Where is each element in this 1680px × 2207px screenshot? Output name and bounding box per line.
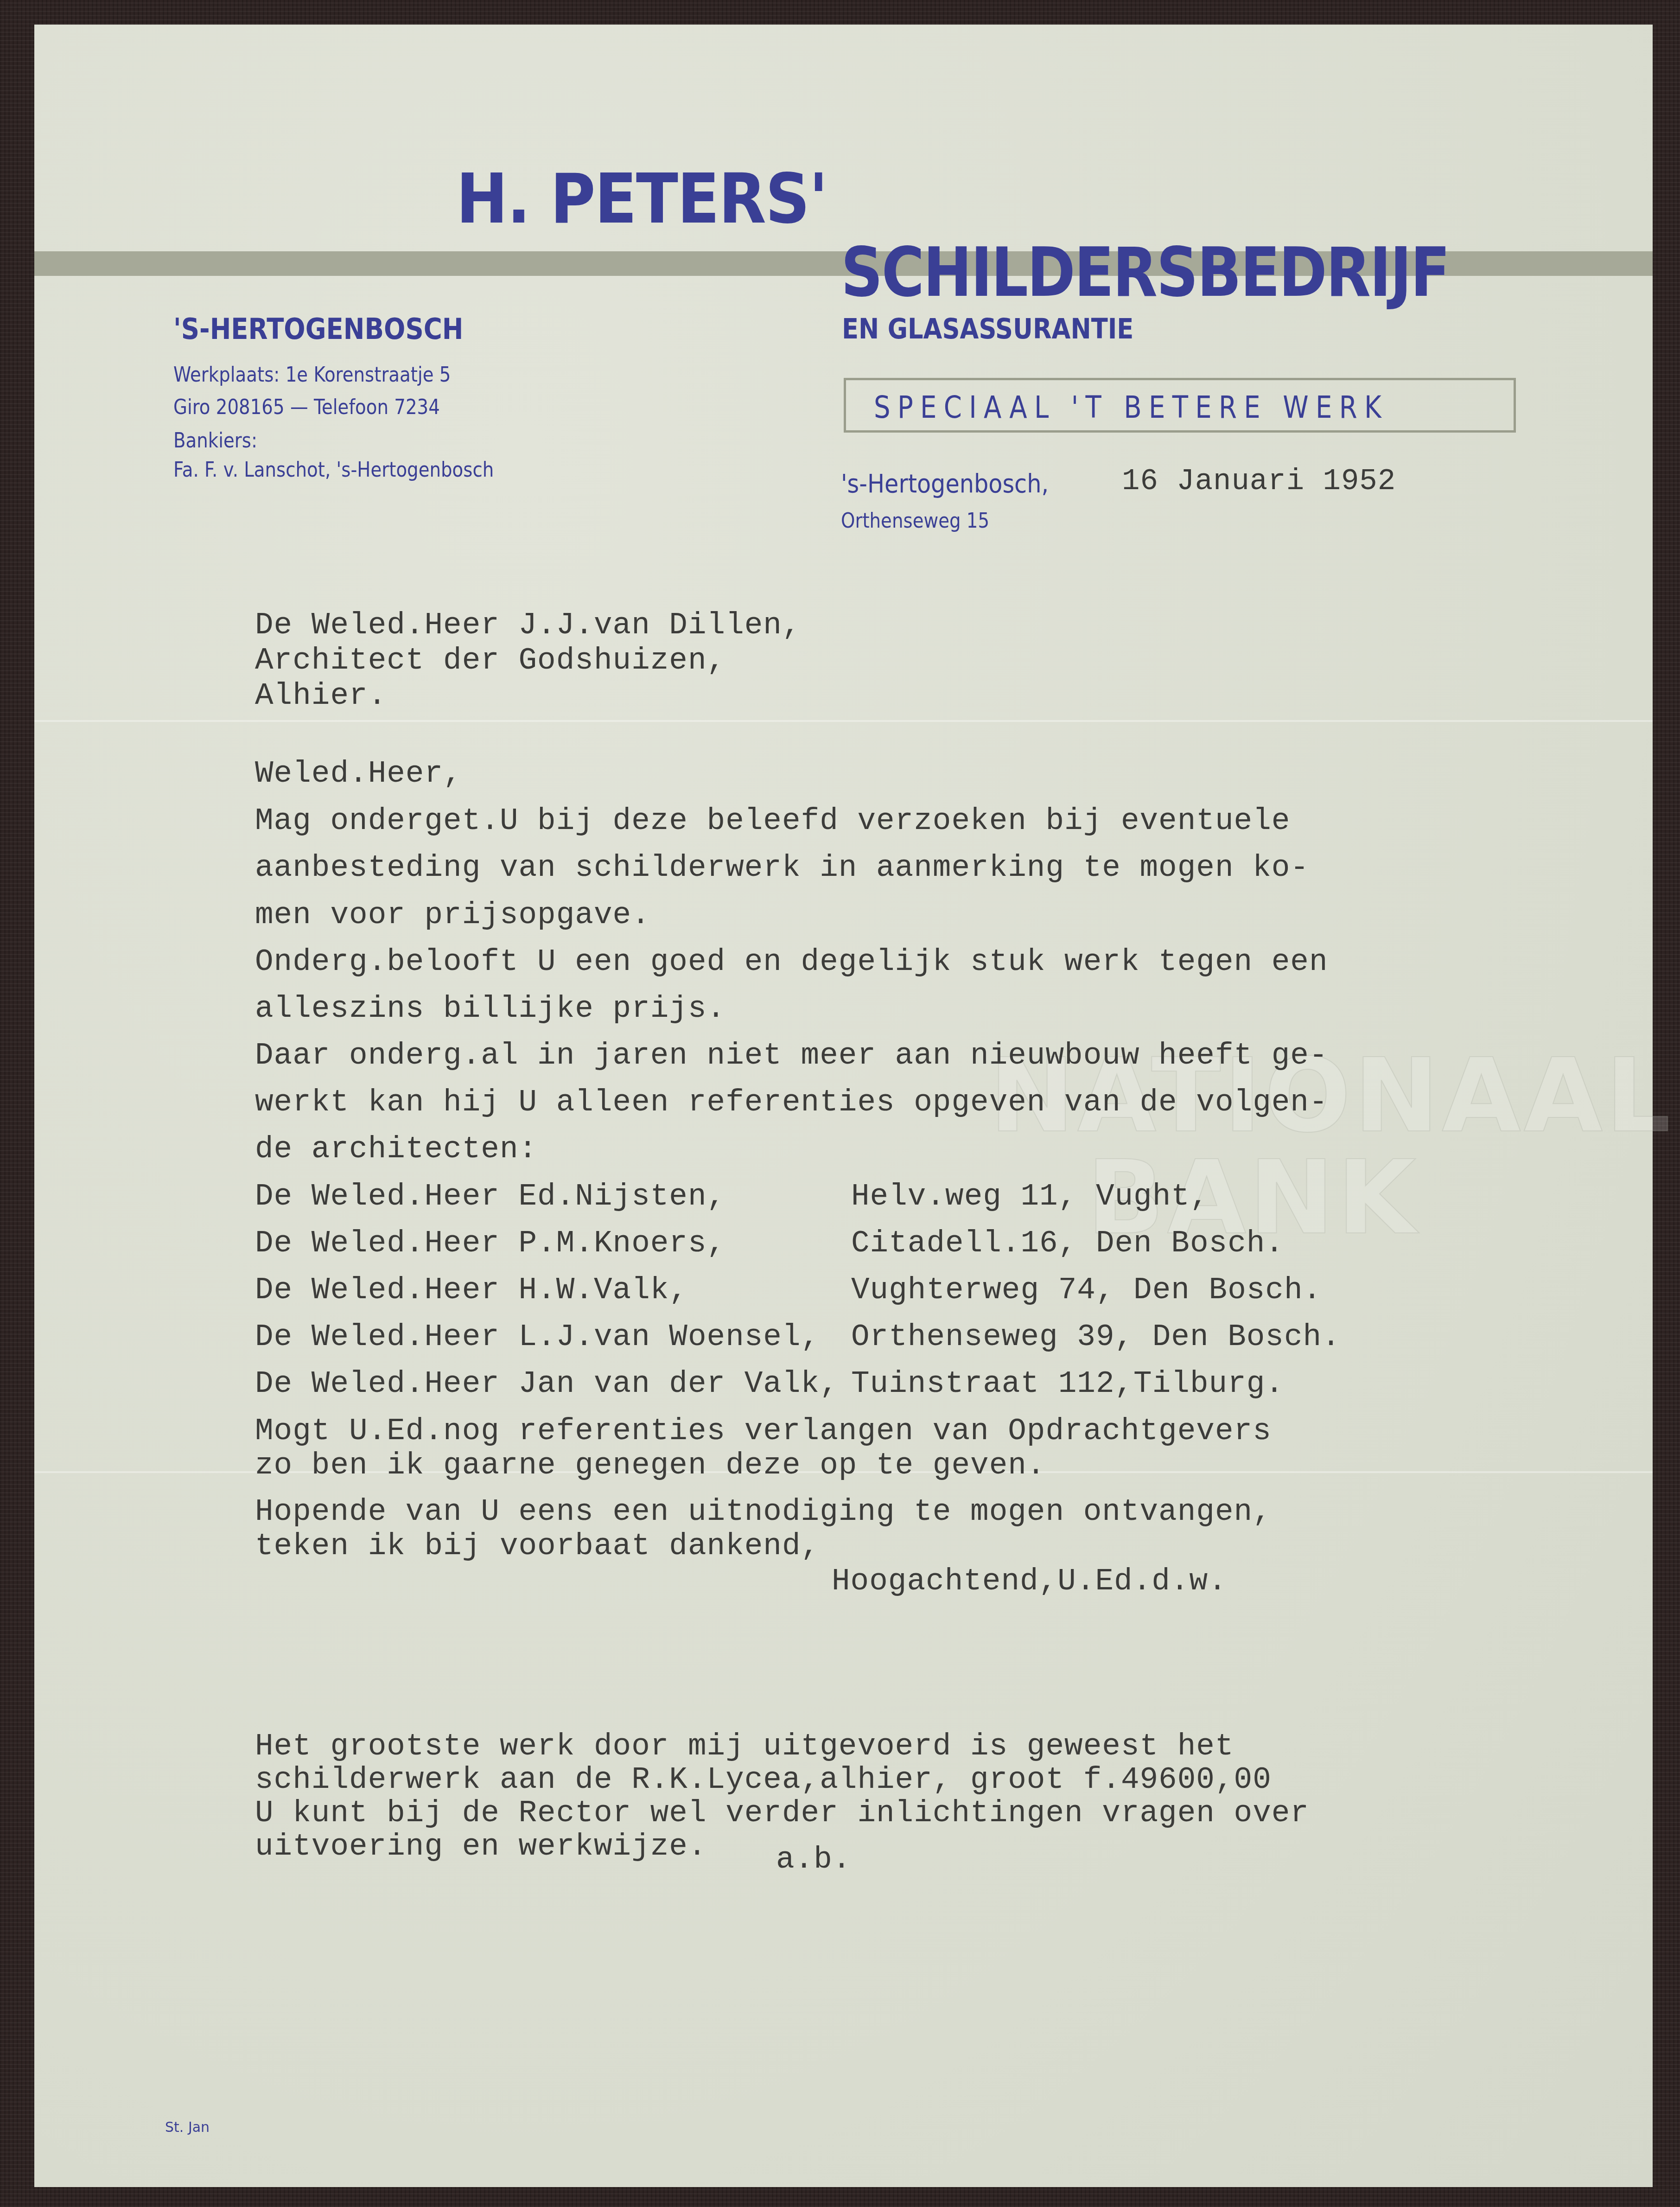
bankers: Fa. F. v. Lanschot, 's-Hertogenbosch [173, 458, 494, 482]
reference-name: De Weled.Heer P.M.Knoers, [255, 1226, 725, 1261]
closing-line: zo ben ik gaarne genegen deze op te geve… [255, 1448, 1045, 1483]
workshop-address: Werkplaats: 1e Korenstraatje 5 [173, 363, 451, 387]
body-line: werkt kan hij U alleen referenties opgev… [255, 1085, 1328, 1120]
body-line: alleszins billijke prijs. [255, 991, 725, 1026]
letter-date: 16 Januari 1952 [1122, 465, 1396, 498]
body-line: men voor prijsopgave. [255, 898, 650, 932]
reference-name: De Weled.Heer H.W.Valk, [255, 1273, 688, 1308]
reference-address: Helv.weg 11, Vught, [851, 1179, 1209, 1214]
reference-name: De Weled.Heer Jan van der Valk, [255, 1366, 839, 1401]
salutation: Weled.Heer, [255, 756, 462, 791]
slogan-box: SPECIAAL 'T BETERE WERK [844, 378, 1516, 433]
reference-name: De Weled.Heer L.J.van Woensel, [255, 1320, 820, 1354]
reference-address: Vughterweg 74, Den Bosch. [851, 1273, 1322, 1308]
body-line: Mag onderget.U bij deze beleefd verzoeke… [255, 804, 1290, 838]
business-subtitle: EN GLASASSURANTIE [842, 313, 1133, 345]
letter-paper: NATIONAAL BANK H. PETERS' SCHILDERSBEDRI… [34, 25, 1653, 2187]
bankers-label: Bankiers: [173, 429, 257, 453]
closing-line: Hopende van U eens een uitnodiging te mo… [255, 1494, 1272, 1529]
body-line: de architecten: [255, 1132, 537, 1167]
postscript-line: U kunt bij de Rector wel verder inlichti… [255, 1796, 1309, 1831]
body-line: Onderg.belooft U een goed en degelijk st… [255, 944, 1328, 979]
fold-line [34, 720, 1653, 722]
reference-address: Orthenseweg 39, Den Bosch. [851, 1320, 1341, 1354]
reference-address: Citadell.16, Den Bosch. [851, 1226, 1284, 1261]
company-name: H. PETERS' [456, 159, 827, 239]
recipient-line: De Weled.Heer J.J.van Dillen, [255, 608, 801, 643]
closing-line: Mogt U.Ed.nog referenties verlangen van … [255, 1414, 1272, 1448]
postscript-line: schilderwerk aan de R.K.Lycea,alhier, gr… [255, 1762, 1272, 1797]
postscript-line: Het grootste werk door mij uitgevoerd is… [255, 1729, 1234, 1764]
closing-line: teken ik bij voorbaat dankend, [255, 1529, 820, 1563]
place-label: 's-Hertogenbosch, [841, 469, 1049, 499]
printer-mark: St. Jan [165, 2119, 210, 2136]
reference-name: De Weled.Heer Ed.Nijsten, [255, 1179, 725, 1214]
business-title: SCHILDERSBEDRIJF [841, 233, 1449, 312]
recipient-line: Architect der Godshuizen, [255, 643, 725, 678]
recipient-line: Alhier. [255, 678, 387, 713]
sender-address: Orthenseweg 15 [841, 509, 989, 533]
giro-phone: Giro 208165 — Telefoon 7234 [173, 395, 440, 419]
reference-address: Tuinstraat 112,Tilburg. [851, 1366, 1284, 1401]
signoff: Hoogachtend,U.Ed.d.w. [832, 1564, 1227, 1599]
postscript-line: uitvoering en werkwijze. [255, 1829, 707, 1864]
typist-initials: a.b. [776, 1842, 851, 1877]
city-heading: 'S-HERTOGENBOSCH [173, 312, 463, 346]
body-line: aanbesteding van schilderwerk in aanmerk… [255, 850, 1309, 885]
body-line: Daar onderg.al in jaren niet meer aan ni… [255, 1038, 1328, 1073]
slogan: SPECIAAL 'T BETERE WERK [874, 389, 1388, 425]
